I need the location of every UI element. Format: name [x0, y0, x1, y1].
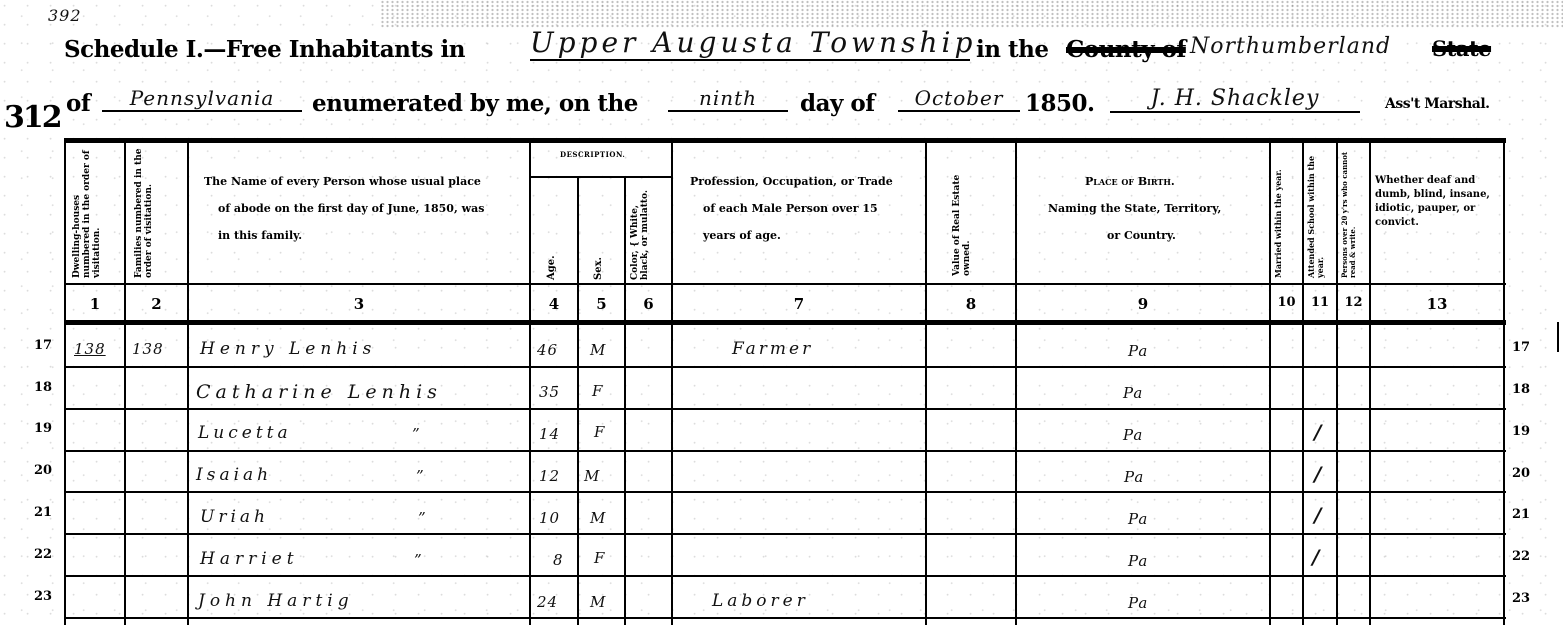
line-number-left: 22 — [34, 547, 52, 562]
cell-birthplace: Pa — [1124, 468, 1144, 486]
handwritten-state: Pennsylvania — [102, 86, 302, 112]
page-stamp-number: 312 — [4, 100, 61, 135]
column-number: 11 — [1304, 295, 1336, 310]
header-col8-real-estate: Value of Real Estate owned. — [952, 148, 982, 276]
cell-name: Isaiah — [196, 465, 272, 485]
col-border — [529, 140, 531, 625]
cell-birthplace: Pa — [1123, 384, 1143, 402]
title-county-struck: County of — [1066, 36, 1186, 63]
handwritten-township: Upper Augusta Township — [530, 26, 970, 61]
header-col5-sex: Sex. — [594, 240, 608, 280]
header-col2-families: Families numbered in the order of visita… — [134, 148, 180, 278]
header-col9-line1: Place of Birth. — [1085, 168, 1175, 195]
line-number-left: 20 — [34, 463, 52, 478]
cell-birthplace: Pa — [1128, 552, 1148, 570]
column-number: 1 — [66, 295, 124, 313]
title-enumerated-by: enumerated by me, on the — [312, 90, 638, 117]
row-line — [66, 617, 1506, 619]
column-number: 6 — [626, 295, 671, 313]
cell-name: Henry Lenhis — [200, 339, 376, 359]
line-number-left: 23 — [34, 589, 52, 604]
schedule-title-prefix: Schedule I.—Free Inhabitants in — [64, 36, 465, 63]
header-col7-line3: years of age. — [703, 222, 781, 249]
col-border — [1369, 140, 1371, 625]
row-line — [66, 408, 1506, 410]
cell-school-mark: / — [1314, 503, 1323, 527]
line-number-right: 17 — [1512, 340, 1530, 355]
cell-family: 138 — [132, 340, 164, 358]
row-line — [66, 533, 1506, 535]
header-col1-dwelling: Dwelling-houses numbered in the order of… — [72, 148, 120, 278]
title-day-of: day of — [800, 90, 875, 117]
col-border — [64, 140, 66, 625]
handwritten-county: Northumberland — [1190, 34, 1391, 59]
header-col9-line2: Naming the State, Territory, — [1048, 195, 1221, 222]
column-number: 13 — [1371, 295, 1503, 313]
cell-ditto: ” — [412, 425, 421, 443]
col-border — [187, 140, 189, 625]
handwritten-page-number: 392 — [48, 6, 82, 25]
header-bottom-border — [64, 283, 1506, 285]
header-col10-married: Married within the year. — [1274, 148, 1300, 278]
description-divider — [530, 176, 672, 178]
cell-birthplace: Pa — [1128, 342, 1148, 360]
colnum-bottom-border — [64, 320, 1506, 325]
cell-sex: M — [584, 467, 600, 485]
cell-sex: F — [592, 382, 603, 400]
margin-mark — [1557, 322, 1559, 352]
header-col3-line1: The Name of every Person whose usual pla… — [204, 168, 481, 195]
col-border — [1015, 140, 1017, 625]
header-col12-illiterate: Persons over 20 y'rs who cannot read & w… — [1341, 148, 1367, 278]
cell-ditto: ” — [416, 467, 425, 485]
header-col6-color: Color, { White, black, or mulatto. — [630, 182, 666, 280]
cell-name: Harriet — [200, 549, 299, 569]
header-col3-line3: in this family. — [218, 222, 302, 249]
line-number-right: 20 — [1512, 466, 1530, 481]
title-asst-marshal: Ass't Marshal. — [1385, 96, 1490, 112]
column-number: 12 — [1338, 295, 1369, 310]
cell-sex: M — [590, 341, 606, 359]
line-number-right: 21 — [1512, 507, 1530, 522]
column-number: 5 — [579, 295, 624, 313]
table-top-border — [64, 138, 1506, 143]
cell-birthplace: Pa — [1128, 594, 1148, 612]
col-border — [1302, 140, 1304, 625]
title-year: 1850. — [1025, 90, 1095, 117]
column-number: 4 — [531, 295, 577, 313]
line-number-right: 18 — [1512, 382, 1530, 397]
line-number-left: 19 — [34, 421, 52, 436]
row-line — [66, 366, 1506, 368]
col-border — [1336, 140, 1338, 625]
header-col4-age: Age. — [547, 240, 561, 280]
cell-age: 46 — [537, 341, 558, 359]
col-border — [624, 176, 626, 625]
handwritten-marshal-signature: J. H. Shackley — [1110, 86, 1360, 113]
line-number-left: 18 — [34, 380, 52, 395]
cell-name: Lucetta — [198, 423, 292, 443]
header-col13-line1: Whether deaf and — [1375, 174, 1475, 188]
cell-sex: F — [594, 549, 605, 567]
cell-occupation: Farmer — [732, 339, 813, 359]
column-number: 2 — [126, 295, 187, 313]
cell-age: 10 — [539, 509, 560, 527]
col-border — [925, 140, 927, 625]
cell-name: Uriah — [200, 507, 269, 527]
line-number-right: 22 — [1512, 549, 1530, 564]
row-line — [66, 575, 1506, 577]
line-number-right: 19 — [1512, 424, 1530, 439]
col-border — [1503, 140, 1505, 625]
cell-occupation: Laborer — [712, 591, 809, 611]
cell-ditto: ” — [414, 551, 423, 569]
header-col11-school: Attended School within the year. — [1307, 148, 1333, 278]
header-col13-line3: idiotic, pauper, or — [1375, 202, 1475, 216]
header-description-group: Description. — [560, 148, 625, 162]
cell-school-mark: / — [1314, 462, 1323, 486]
cell-age: 12 — [539, 467, 560, 485]
header-col9-line3: or Country. — [1107, 222, 1176, 249]
row-line — [66, 450, 1506, 452]
title-in-the: in the — [976, 36, 1048, 63]
header-col7-line2: of each Male Person over 15 — [703, 195, 878, 222]
handwritten-month: October — [898, 86, 1020, 112]
cell-sex: M — [590, 509, 606, 527]
cell-age: 14 — [539, 425, 560, 443]
header-col13-line4: convict. — [1375, 216, 1419, 230]
col-border — [577, 176, 579, 625]
cell-birthplace: Pa — [1128, 510, 1148, 528]
col-border — [124, 140, 126, 625]
col-border — [1269, 140, 1271, 625]
column-number: 10 — [1271, 295, 1302, 310]
line-number-left: 21 — [34, 505, 52, 520]
column-number: 7 — [673, 295, 925, 313]
header-col3-line2: of abode on the first day of June, 1850,… — [218, 195, 484, 222]
cell-school-mark: / — [1314, 420, 1323, 444]
line-number-right: 23 — [1512, 591, 1530, 606]
title-of: of — [66, 90, 90, 117]
scan-noise — [380, 0, 1563, 28]
header-col13-line2: dumb, blind, insane, — [1375, 188, 1490, 202]
line-number-left: 17 — [34, 338, 52, 353]
cell-name: Catharine Lenhis — [196, 381, 442, 403]
cell-birthplace: Pa — [1123, 426, 1143, 444]
row-line — [66, 491, 1506, 493]
cell-school-mark: / — [1312, 545, 1321, 569]
cell-dwelling: 138 — [74, 340, 106, 358]
cell-age: 24 — [537, 593, 558, 611]
column-number: 9 — [1017, 295, 1269, 313]
cell-age: 35 — [539, 383, 560, 401]
cell-sex: F — [594, 423, 605, 441]
title-state-struck: State — [1432, 36, 1491, 61]
cell-sex: M — [590, 593, 606, 611]
column-number: 8 — [927, 295, 1015, 313]
header-col7-line1: Profession, Occupation, or Trade — [690, 168, 893, 195]
cell-ditto: ” — [418, 509, 427, 527]
handwritten-day: ninth — [668, 86, 788, 112]
column-number: 3 — [189, 295, 529, 313]
cell-name: John Hartig — [198, 591, 354, 611]
col-border — [671, 140, 673, 625]
cell-age: 8 — [553, 551, 564, 569]
